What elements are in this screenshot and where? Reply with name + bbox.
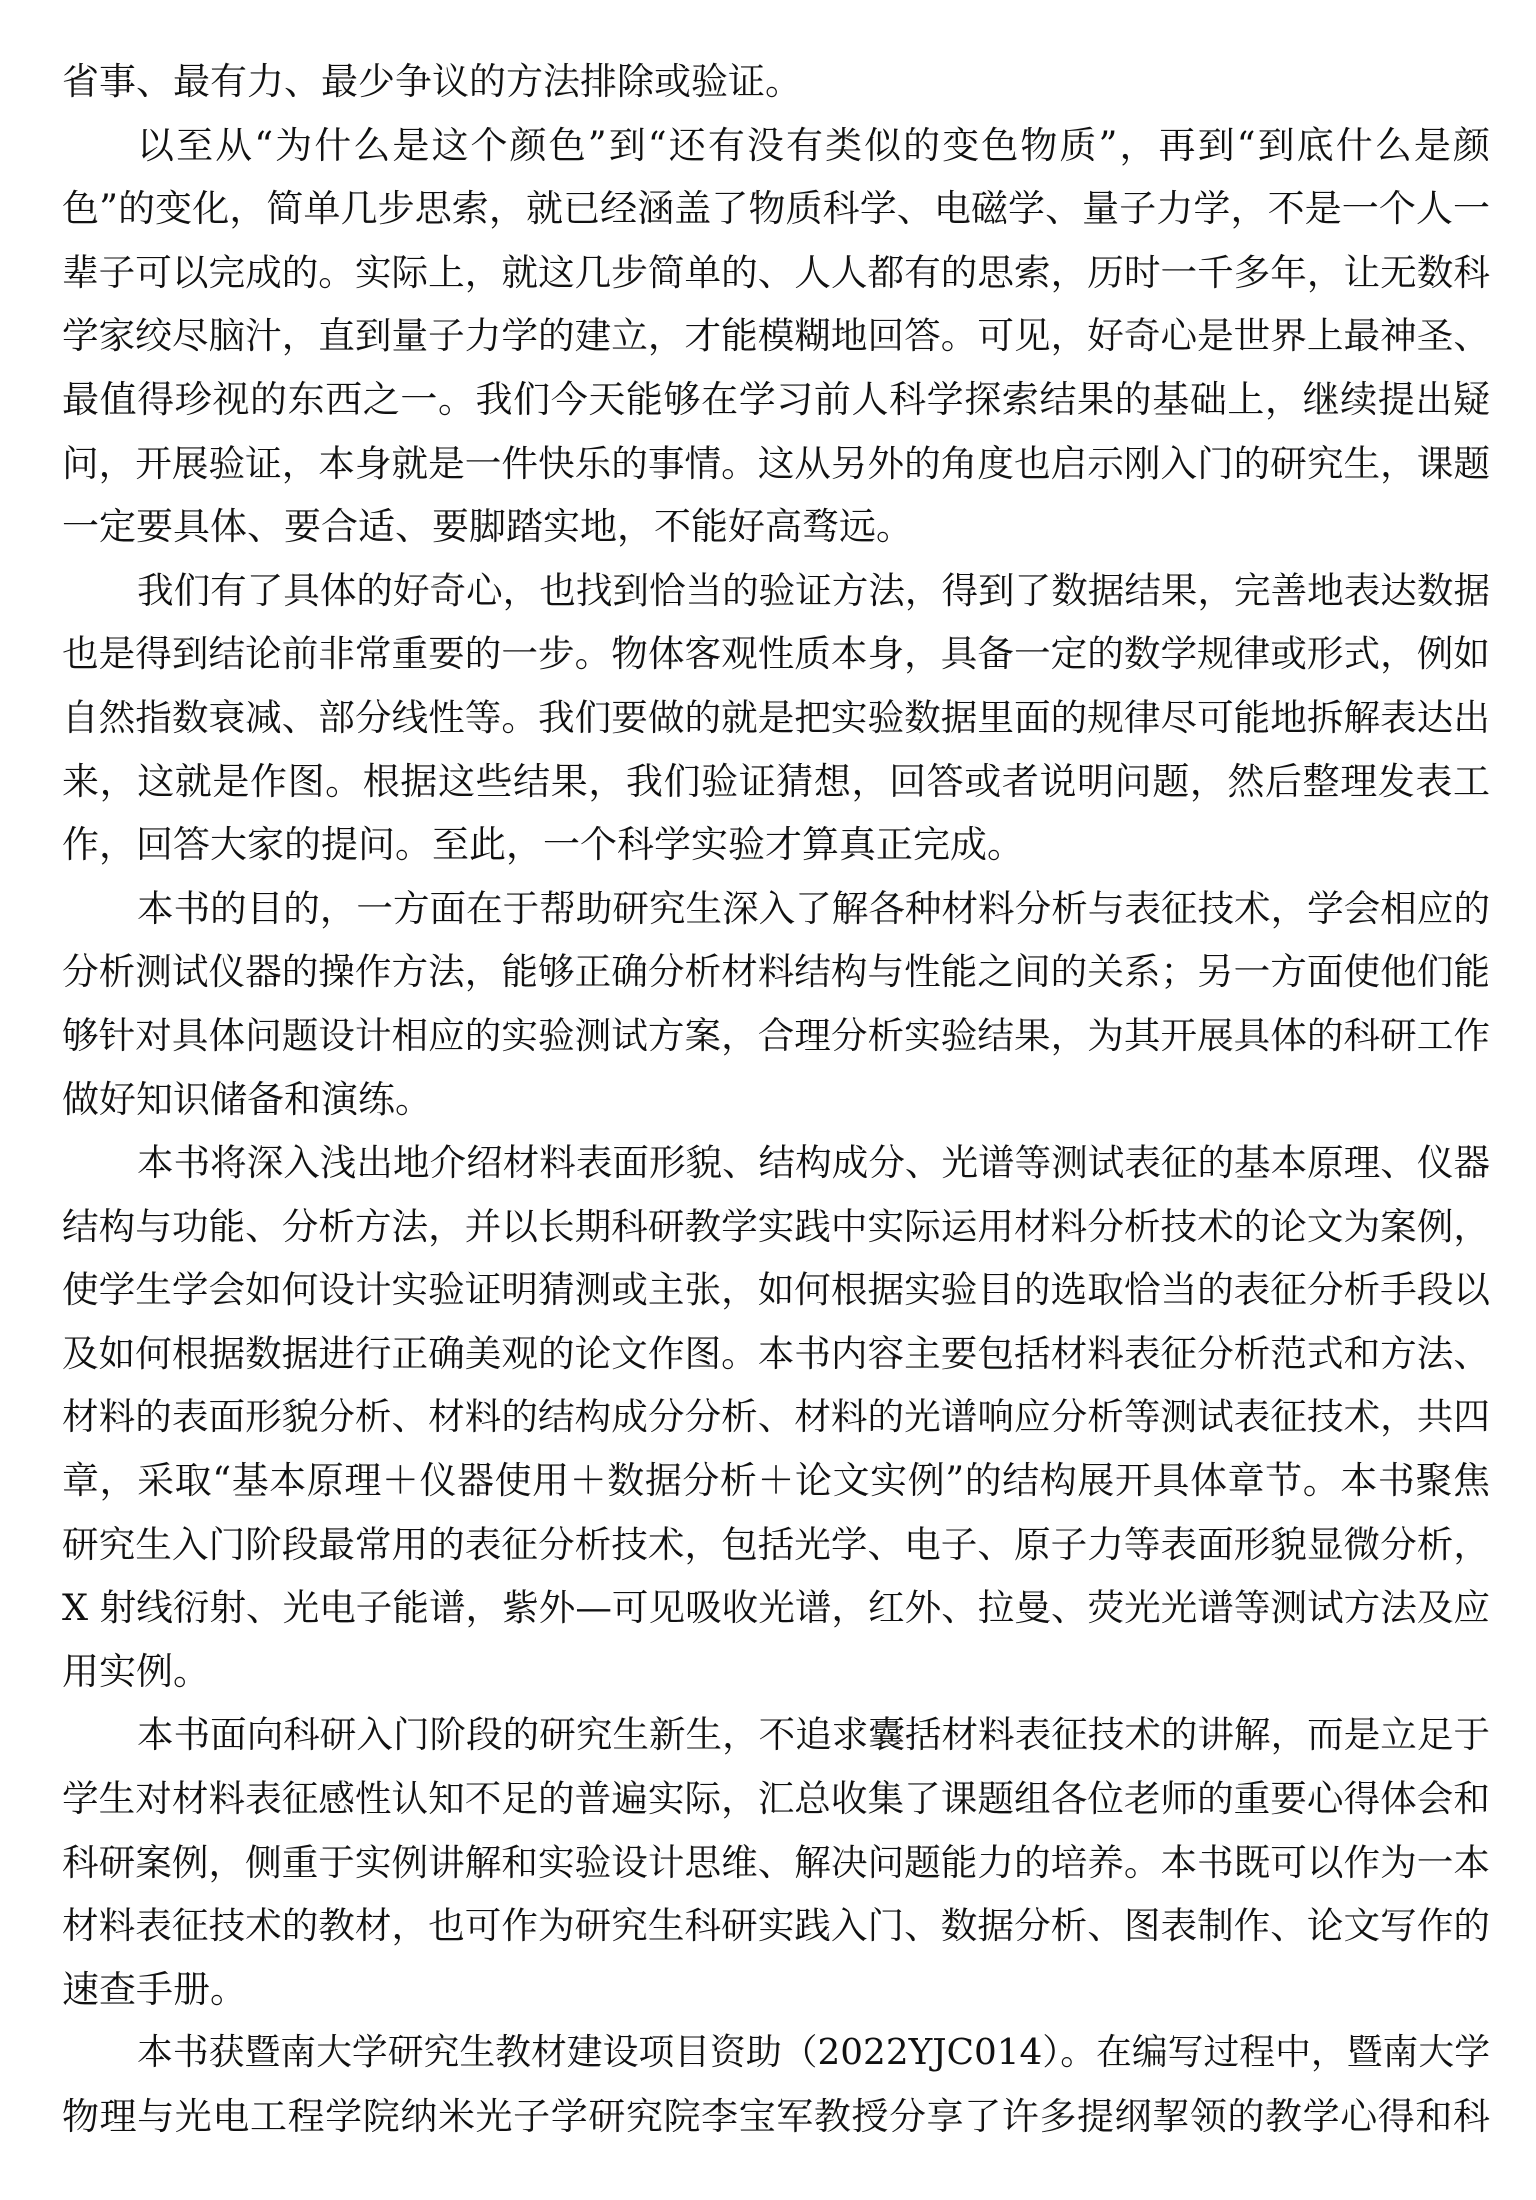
text-line: 科研案例，侧重于实例讲解和实验设计思维、解决问题能力的培养。本书既可以作为一本 (62, 1831, 1490, 1895)
text-line: 以至从“为什么是这个颜色”到“还有没有类似的变色物质”，再到“到底什么是颜 (62, 114, 1490, 178)
text-line: 辈子可以完成的。实际上，就这几步简单的、人人都有的思索，历时一千多年，让无数科 (62, 241, 1490, 305)
text-line: 也是得到结论前非常重要的一步。物体客观性质本身，具备一定的数学规律或形式，例如 (62, 622, 1490, 686)
text-line: 最值得珍视的东西之一。我们今天能够在学习前人科学探索结果的基础上，继续提出疑 (62, 368, 1490, 432)
text-line: 本书获暨南大学研究生教材建设项目资助（2022YJC014）。在编写过程中，暨南… (62, 2021, 1490, 2085)
text-line: 省事、最有力、最少争议的方法排除或验证。 (62, 50, 1490, 114)
text-line: 问，开展验证，本身就是一件快乐的事情。这从另外的角度也启示刚入门的研究生，课题 (62, 432, 1490, 496)
document-page: 省事、最有力、最少争议的方法排除或验证。 以至从“为什么是这个颜色”到“还有没有… (0, 0, 1536, 2200)
text-line: 材料表征技术的教材，也可作为研究生科研实践入门、数据分析、图表制作、论文写作的 (62, 1894, 1490, 1958)
text-line: 学家绞尽脑汁，直到量子力学的建立，才能模糊地回答。可见，好奇心是世界上最神圣、 (62, 304, 1490, 368)
text-line: 研究生入门阶段最常用的表征分析技术，包括光学、电子、原子力等表面形貌显微分析， (62, 1513, 1490, 1577)
text-line: X 射线衍射、光电子能谱，紫外—可见吸收光谱，红外、拉曼、荧光光谱等测试方法及应 (62, 1576, 1490, 1640)
text-line: 一定要具体、要合适、要脚踏实地，不能好高骛远。 (62, 495, 1490, 559)
text-line: 分析测试仪器的操作方法，能够正确分析材料结构与性能之间的关系；另一方面使他们能 (62, 940, 1490, 1004)
text-line: 本书将深入浅出地介绍材料表面形貌、结构成分、光谱等测试表征的基本原理、仪器 (62, 1131, 1490, 1195)
text-line: 够针对具体问题设计相应的实验测试方案，合理分析实验结果，为其开展具体的科研工作 (62, 1004, 1490, 1068)
text-line: 我们有了具体的好奇心，也找到恰当的验证方法，得到了数据结果，完善地表达数据 (62, 559, 1490, 623)
text-line: 色”的变化，简单几步思索，就已经涵盖了物质科学、电磁学、量子力学，不是一个人一 (62, 177, 1490, 241)
text-line: 自然指数衰减、部分线性等。我们要做的就是把实验数据里面的规律尽可能地拆解表达出 (62, 686, 1490, 750)
text-line: 作，回答大家的提问。至此，一个科学实验才算真正完成。 (62, 813, 1490, 877)
text-line: 速查手册。 (62, 1958, 1490, 2022)
text-line: 做好知识储备和演练。 (62, 1068, 1490, 1132)
text-line: 结构与功能、分析方法，并以长期科研教学实践中实际运用材料分析技术的论文为案例， (62, 1195, 1490, 1259)
text-line: 来，这就是作图。根据这些结果，我们验证猜想，回答或者说明问题，然后整理发表工 (62, 750, 1490, 814)
body-text: 省事、最有力、最少争议的方法排除或验证。 以至从“为什么是这个颜色”到“还有没有… (62, 50, 1490, 2149)
text-line: 及如何根据数据进行正确美观的论文作图。本书内容主要包括材料表征分析范式和方法、 (62, 1322, 1490, 1386)
text-line: 本书面向科研入门阶段的研究生新生，不追求囊括材料表征技术的讲解，而是立足于 (62, 1703, 1490, 1767)
text-line: 本书的目的，一方面在于帮助研究生深入了解各种材料分析与表征技术，学会相应的 (62, 877, 1490, 941)
text-line: 使学生学会如何设计实验证明猜测或主张，如何根据实验目的选取恰当的表征分析手段以 (62, 1258, 1490, 1322)
text-line: 章，采取“基本原理＋仪器使用＋数据分析＋论文实例”的结构展开具体章节。本书聚焦 (62, 1449, 1490, 1513)
text-line: 材料的表面形貌分析、材料的结构成分分析、材料的光谱响应分析等测试表征技术，共四 (62, 1385, 1490, 1449)
text-line: 用实例。 (62, 1640, 1490, 1704)
text-line: 学生对材料表征感性认知不足的普遍实际，汇总收集了课题组各位老师的重要心得体会和 (62, 1767, 1490, 1831)
text-line: 物理与光电工程学院纳米光子学研究院李宝军教授分享了许多提纲挈领的教学心得和科 (62, 2085, 1490, 2149)
